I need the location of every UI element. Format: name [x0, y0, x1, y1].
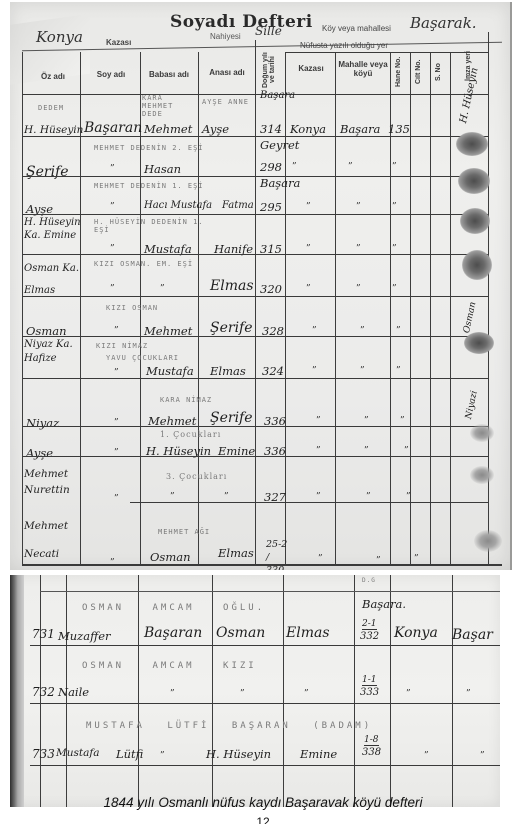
pencil-note: DEDEM — [38, 104, 64, 112]
cell-dogum: 298 — [260, 160, 282, 174]
book-binding — [10, 575, 24, 807]
cell-oz-adi: Mehmet Necati — [24, 512, 82, 568]
cell-baba: Mustafa — [146, 364, 194, 378]
cell-dogum-yeri: Başara — [260, 90, 295, 101]
cell-ana: Elmas — [210, 364, 246, 378]
cell-dogum-yeri: Başara — [260, 176, 300, 190]
cell-ana: Fatma — [222, 200, 254, 211]
cell-baba: Hacı Mustafa — [144, 200, 212, 211]
fingerprint-icon — [474, 530, 502, 552]
pencil-note: YAVU ÇOCUKLARI — [106, 354, 179, 362]
signature: Niyazi — [464, 390, 480, 420]
cell-soy-adi: Lütfi — [116, 747, 143, 761]
figure-caption: 1844 yılı Osmanlı nüfus kaydı Başaravak … — [0, 795, 526, 810]
cell-no: 731 — [32, 627, 55, 641]
col-anasi-adi: Anası adı — [200, 68, 254, 77]
cell-oz-adi: Mehmet Nurettin — [24, 466, 80, 498]
cell-dogum: 324 — [262, 364, 284, 378]
col-dogum: Doğum yılı ve tarihi — [262, 50, 276, 90]
cell-oz-adi: H. Hüseyin Ka. Emine — [24, 216, 82, 242]
cell-ana: Ayşe — [202, 122, 229, 136]
cell-dogum-yeri: Başara. — [362, 597, 406, 611]
pencil-note: MEHMET DEDENİN 2. EŞİ — [94, 144, 204, 152]
koy-label: Köy veya mahallesi — [322, 24, 391, 33]
cell-soy-adi: Başaran — [84, 120, 142, 136]
pencil-note: AYŞE ANNE — [202, 98, 252, 106]
cell-baba: H. Hüseyin — [206, 747, 271, 761]
pencil-note: H. HÜSEYİN DEDENİN 1. EŞİ — [94, 218, 214, 234]
cell-dogum: 295 — [260, 200, 282, 214]
koy-value: Başarak. — [410, 14, 477, 32]
cell-dogum-tarih: 1-8 — [364, 735, 379, 746]
col-sayfa-no: S. No — [435, 54, 442, 90]
cell-ana: Elmas — [218, 546, 254, 560]
pencil-note: MEHMET AĞI — [158, 528, 210, 536]
nahiye-value: Sille — [255, 24, 282, 38]
cell-dogum: 333 — [360, 687, 379, 698]
cell-baba: Mehmet — [144, 122, 192, 136]
pencil-note: 1. Çocukları — [160, 430, 221, 439]
cell-no: 732 — [32, 685, 55, 699]
cell-mahalle: Başar — [452, 627, 493, 643]
cell-ana: Emine — [300, 747, 337, 761]
header-mark: D.G — [362, 577, 376, 584]
cell-dogum-yeri: Geyret — [260, 138, 299, 152]
fingerprint-icon — [460, 208, 490, 234]
cell-oz-adi: Naile — [58, 685, 89, 699]
cell-dogum: 338 — [362, 747, 381, 758]
cell-oz-adi: Ayşe — [26, 446, 53, 460]
pencil-note: KARA MEHMET DEDE — [142, 94, 196, 118]
cell-hane: 135 — [388, 122, 410, 136]
cell-kaza: Konya — [290, 122, 326, 136]
cell-no: 733 — [32, 747, 55, 761]
cell-dogum: 314 — [260, 122, 282, 136]
cell-ana: Şerife — [210, 410, 253, 426]
col-oz-adi: Öz adı — [28, 72, 78, 81]
col-hane-no: Hane No. — [395, 54, 402, 90]
kaza-label: Kazası — [106, 38, 131, 47]
col-cilt-no: Cilt No. — [415, 54, 422, 90]
col-mahalle: Mahalle veya köyü — [337, 60, 389, 78]
cell-oz-adi: Muzaffer — [58, 629, 111, 643]
col-babasi-adi: Babası adı — [142, 70, 196, 79]
cell-oz-adi: Şerife — [26, 164, 69, 180]
signature: H. Hüseyin — [458, 67, 481, 125]
register-title: Soyadı Defteri — [170, 12, 313, 32]
pencil-note: MUSTAFA LÜTFİ BAŞARAN (BADAM) — [86, 721, 372, 731]
fingerprint-icon — [458, 168, 490, 194]
cell-ana: Elmas — [210, 278, 254, 294]
pencil-note: 3. Çocukları — [166, 472, 227, 481]
pencil-note: KARA NİMAZ — [160, 396, 212, 404]
fingerprint-icon — [470, 424, 494, 442]
cell-ana: Şerife — [210, 320, 253, 336]
cell-mahalle: Başara — [340, 122, 380, 136]
fingerprint-icon — [464, 332, 494, 354]
cell-kaza: Konya — [394, 625, 438, 641]
cell-baba: Hasan — [144, 162, 181, 176]
register-photo-upper: Soyadı Defteri Konya Kazası Nahiyesi Sil… — [10, 2, 512, 570]
cell-dogum-tarih: 1-1 — [362, 675, 377, 686]
cell-dogum: 25-2 / 330 — [266, 538, 290, 570]
pencil-note: OSMAN AMCAM OĞLU. — [82, 603, 265, 613]
fingerprint-icon — [456, 132, 488, 156]
register-photo-lower: D.G OSMAN AMCAM OĞLU. Başara. 731 Muzaff… — [10, 575, 500, 807]
fingerprint-icon — [462, 250, 492, 280]
cell-oz-adi: Mustafa — [56, 747, 100, 759]
col-soy-adi: Soy adı — [84, 70, 138, 79]
cell-ana: Elmas — [286, 625, 330, 641]
nahiye-label: Nahiyesi — [210, 32, 241, 41]
cell-soy-adi: Başaran — [144, 625, 202, 641]
fingerprint-icon — [470, 466, 494, 484]
cell-baba: Osman — [150, 550, 191, 564]
pencil-note: MEHMET DEDENİN 1. EŞİ — [94, 182, 204, 190]
kaza-value: Konya — [36, 28, 83, 46]
cell-dogum: 320 — [260, 282, 282, 296]
col-kazasi: Kazası — [288, 64, 334, 73]
page-number: 12 — [0, 815, 526, 824]
cell-oz-adi: H. Hüseyin — [24, 124, 83, 136]
cell-dogum-tarih: 2-1 — [362, 619, 377, 630]
pencil-note: KIZI NİMAZ — [96, 342, 148, 350]
cell-baba: Osman — [216, 625, 265, 641]
pencil-note: KIZI OSMAN. EM. EŞİ — [94, 260, 193, 268]
pencil-note: OSMAN AMCAM KIZI — [82, 661, 257, 671]
cell-dogum: 332 — [360, 631, 379, 642]
pencil-note: KIZI OSMAN — [106, 304, 158, 312]
nufus-label: Nüfusta yazılı olduğu yer — [300, 41, 388, 50]
signature: Osman — [462, 301, 478, 334]
cell-oz-adi: Niyaz — [26, 416, 59, 430]
cell-oz-adi: Niyaz Ka. Hafize — [24, 338, 80, 366]
